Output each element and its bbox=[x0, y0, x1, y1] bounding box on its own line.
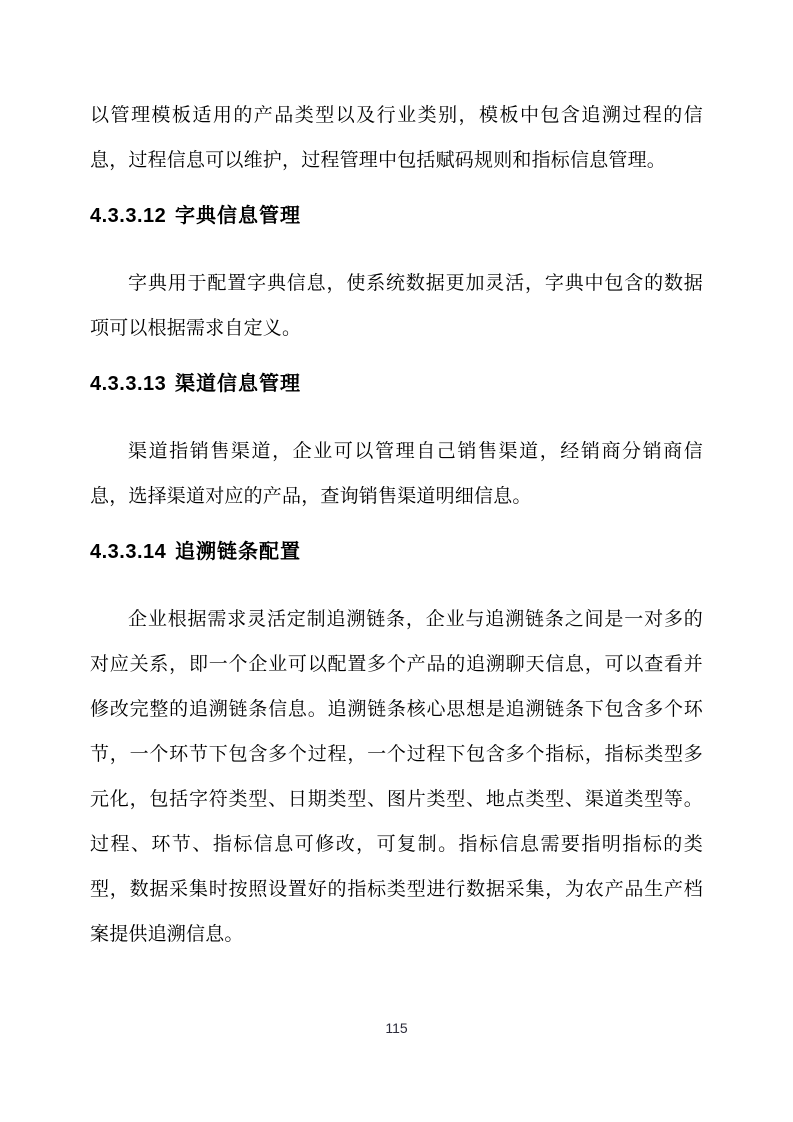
section-heading-4-3-3-14: 4.3.3.14追溯链条配置 bbox=[90, 539, 703, 565]
section-title: 字典信息管理 bbox=[175, 205, 301, 227]
section-heading-4-3-3-12: 4.3.3.12字典信息管理 bbox=[90, 203, 703, 229]
section-number: 4.3.3.14 bbox=[90, 539, 175, 565]
section-title: 追溯链条配置 bbox=[175, 541, 301, 563]
section-number: 4.3.3.12 bbox=[90, 203, 175, 229]
page-content: 以管理模板适用的产品类型以及行业类别，模板中包含追溯过程的信息，过程信息可以维护… bbox=[0, 0, 793, 957]
section-heading-4-3-3-13: 4.3.3.13渠道信息管理 bbox=[90, 371, 703, 397]
page-number-label: 115 bbox=[0, 1020, 793, 1036]
section-title: 渠道信息管理 bbox=[175, 373, 301, 395]
section-body-4-3-3-12: 字典用于配置字典信息，使系统数据更加灵活，字典中包含的数据项可以根据需求自定义。 bbox=[90, 261, 703, 351]
intro-paragraph: 以管理模板适用的产品类型以及行业类别，模板中包含追溯过程的信息，过程信息可以维护… bbox=[90, 93, 703, 183]
document-page: 以管理模板适用的产品类型以及行业类别，模板中包含追溯过程的信息，过程信息可以维护… bbox=[0, 0, 793, 1122]
section-body-4-3-3-13: 渠道指销售渠道，企业可以管理自己销售渠道，经销商分销商信息，选择渠道对应的产品，… bbox=[90, 429, 703, 519]
section-number: 4.3.3.13 bbox=[90, 371, 175, 397]
section-body-4-3-3-14: 企业根据需求灵活定制追溯链条，企业与追溯链条之间是一对多的对应关系，即一个企业可… bbox=[90, 597, 703, 957]
